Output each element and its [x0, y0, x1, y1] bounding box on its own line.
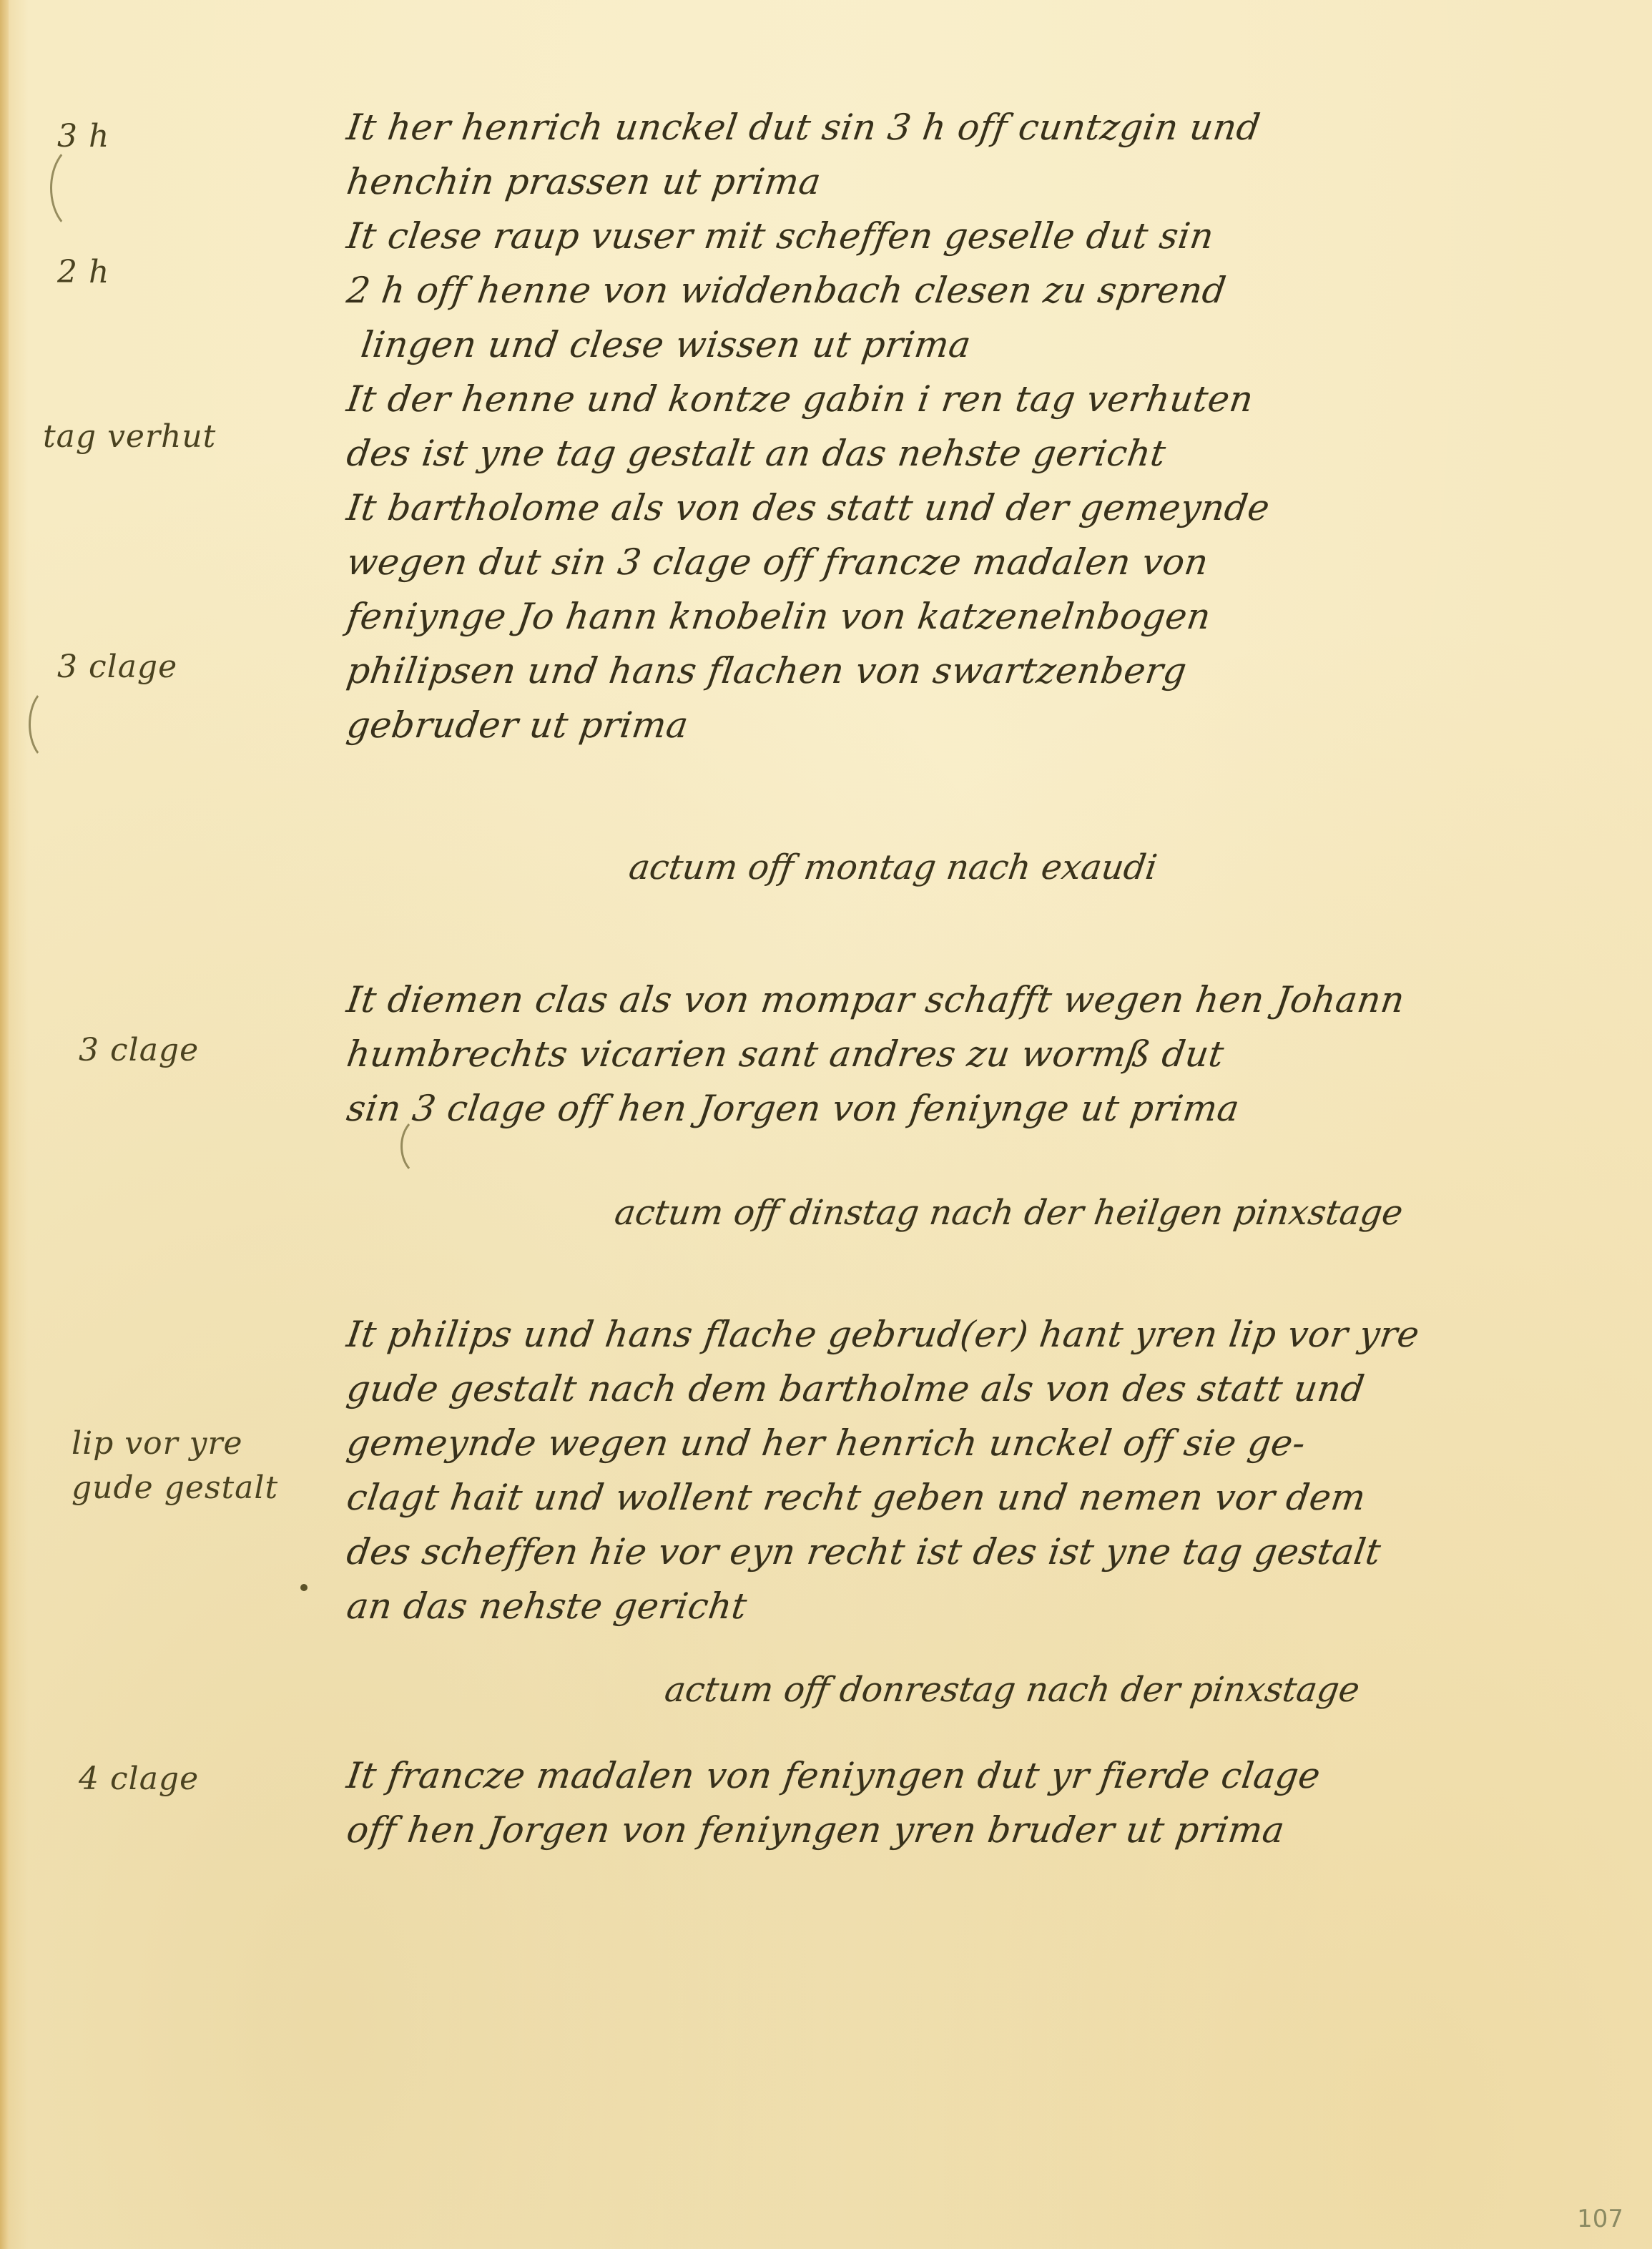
text-line: des ist yne tag gestalt an das nehste ge… [343, 426, 1631, 481]
folio-number: 107 [1577, 2205, 1623, 2233]
margin-note: 3 clage [57, 645, 329, 689]
text-line: 2 h off henne von widdenbach clesen zu s… [343, 263, 1631, 318]
text-line: gebruder ut prima [343, 698, 1631, 752]
entry-text: It philips und hans flache gebrud(er) ha… [343, 1307, 1623, 1633]
entry-text: It diemen clas als von mompar schafft we… [343, 973, 1623, 1136]
text-line: humbrechts vicarien sant andres zu wormß… [343, 1027, 1631, 1081]
text-line: gemeynde wegen und her henrich unckel of… [343, 1416, 1631, 1470]
actum-heading: actum off dinstag nach der heilgen pinxs… [612, 1193, 1405, 1233]
text-line: It her henrich unckel dut sin 3 h off cu… [343, 100, 1631, 154]
text-line: wegen dut sin 3 clage off francze madale… [343, 535, 1631, 589]
text-line: henchin prassen ut prima [343, 154, 1631, 209]
entry-text: It her henrich unckel dut sin 3 h off cu… [343, 100, 1623, 209]
text-line: It clese raup vuser mit scheffen geselle… [343, 209, 1631, 263]
text-line: feniynge Jo hann knobelin von katzenelnb… [343, 589, 1631, 644]
entry-text: It francze madalen von feniyngen dut yr … [343, 1748, 1623, 1857]
text-line: lingen und clese wissen ut prima [343, 318, 1631, 372]
margin-note: 4 clage [79, 1757, 350, 1801]
text-line: an das nehste gericht [343, 1579, 1631, 1633]
text-line: off hen Jorgen von feniyngen yren bruder… [343, 1803, 1631, 1857]
margin-note: 3 clage [79, 1028, 350, 1073]
text-line: It der henne und kontze gabin i ren tag … [343, 372, 1631, 426]
text-line: It francze madalen von feniyngen dut yr … [343, 1748, 1631, 1803]
pen-flourish [50, 143, 112, 233]
manuscript-page: 3 h It her henrich unckel dut sin 3 h of… [0, 0, 1652, 2249]
text-line: philipsen und hans flachen von swartzenb… [343, 644, 1631, 698]
pen-flourish [29, 686, 76, 762]
text-line: sin 3 clage off hen Jorgen von feniynge … [343, 1081, 1631, 1136]
actum-heading: actum off donrestag nach der pinxstage [662, 1670, 1362, 1710]
pen-flourish [400, 1116, 448, 1177]
text-line: It philips und hans flache gebrud(er) ha… [343, 1307, 1631, 1362]
margin-note: 2 h [57, 250, 329, 295]
margin-note: tag verhut [43, 415, 315, 459]
text-line: It diemen clas als von mompar schafft we… [343, 973, 1631, 1027]
text-line: des scheffen hie vor eyn recht ist des i… [343, 1525, 1631, 1579]
text-line: gude gestalt nach dem bartholme als von … [343, 1362, 1631, 1416]
entry-text: It bartholome als von des statt und der … [343, 481, 1623, 752]
binding-edge [0, 0, 9, 2249]
entry-text: It der henne und kontze gabin i ren tag … [343, 372, 1623, 481]
text-line: It bartholome als von des statt und der … [343, 481, 1631, 535]
text-line: clagt hait und wollent recht geben und n… [343, 1470, 1631, 1525]
ink-dot [300, 1584, 308, 1591]
margin-note: lip vor yre gude gestalt [72, 1422, 329, 1510]
entry-text: It clese raup vuser mit scheffen geselle… [343, 209, 1623, 372]
actum-heading: actum off montag nach exaudi [626, 847, 1159, 887]
